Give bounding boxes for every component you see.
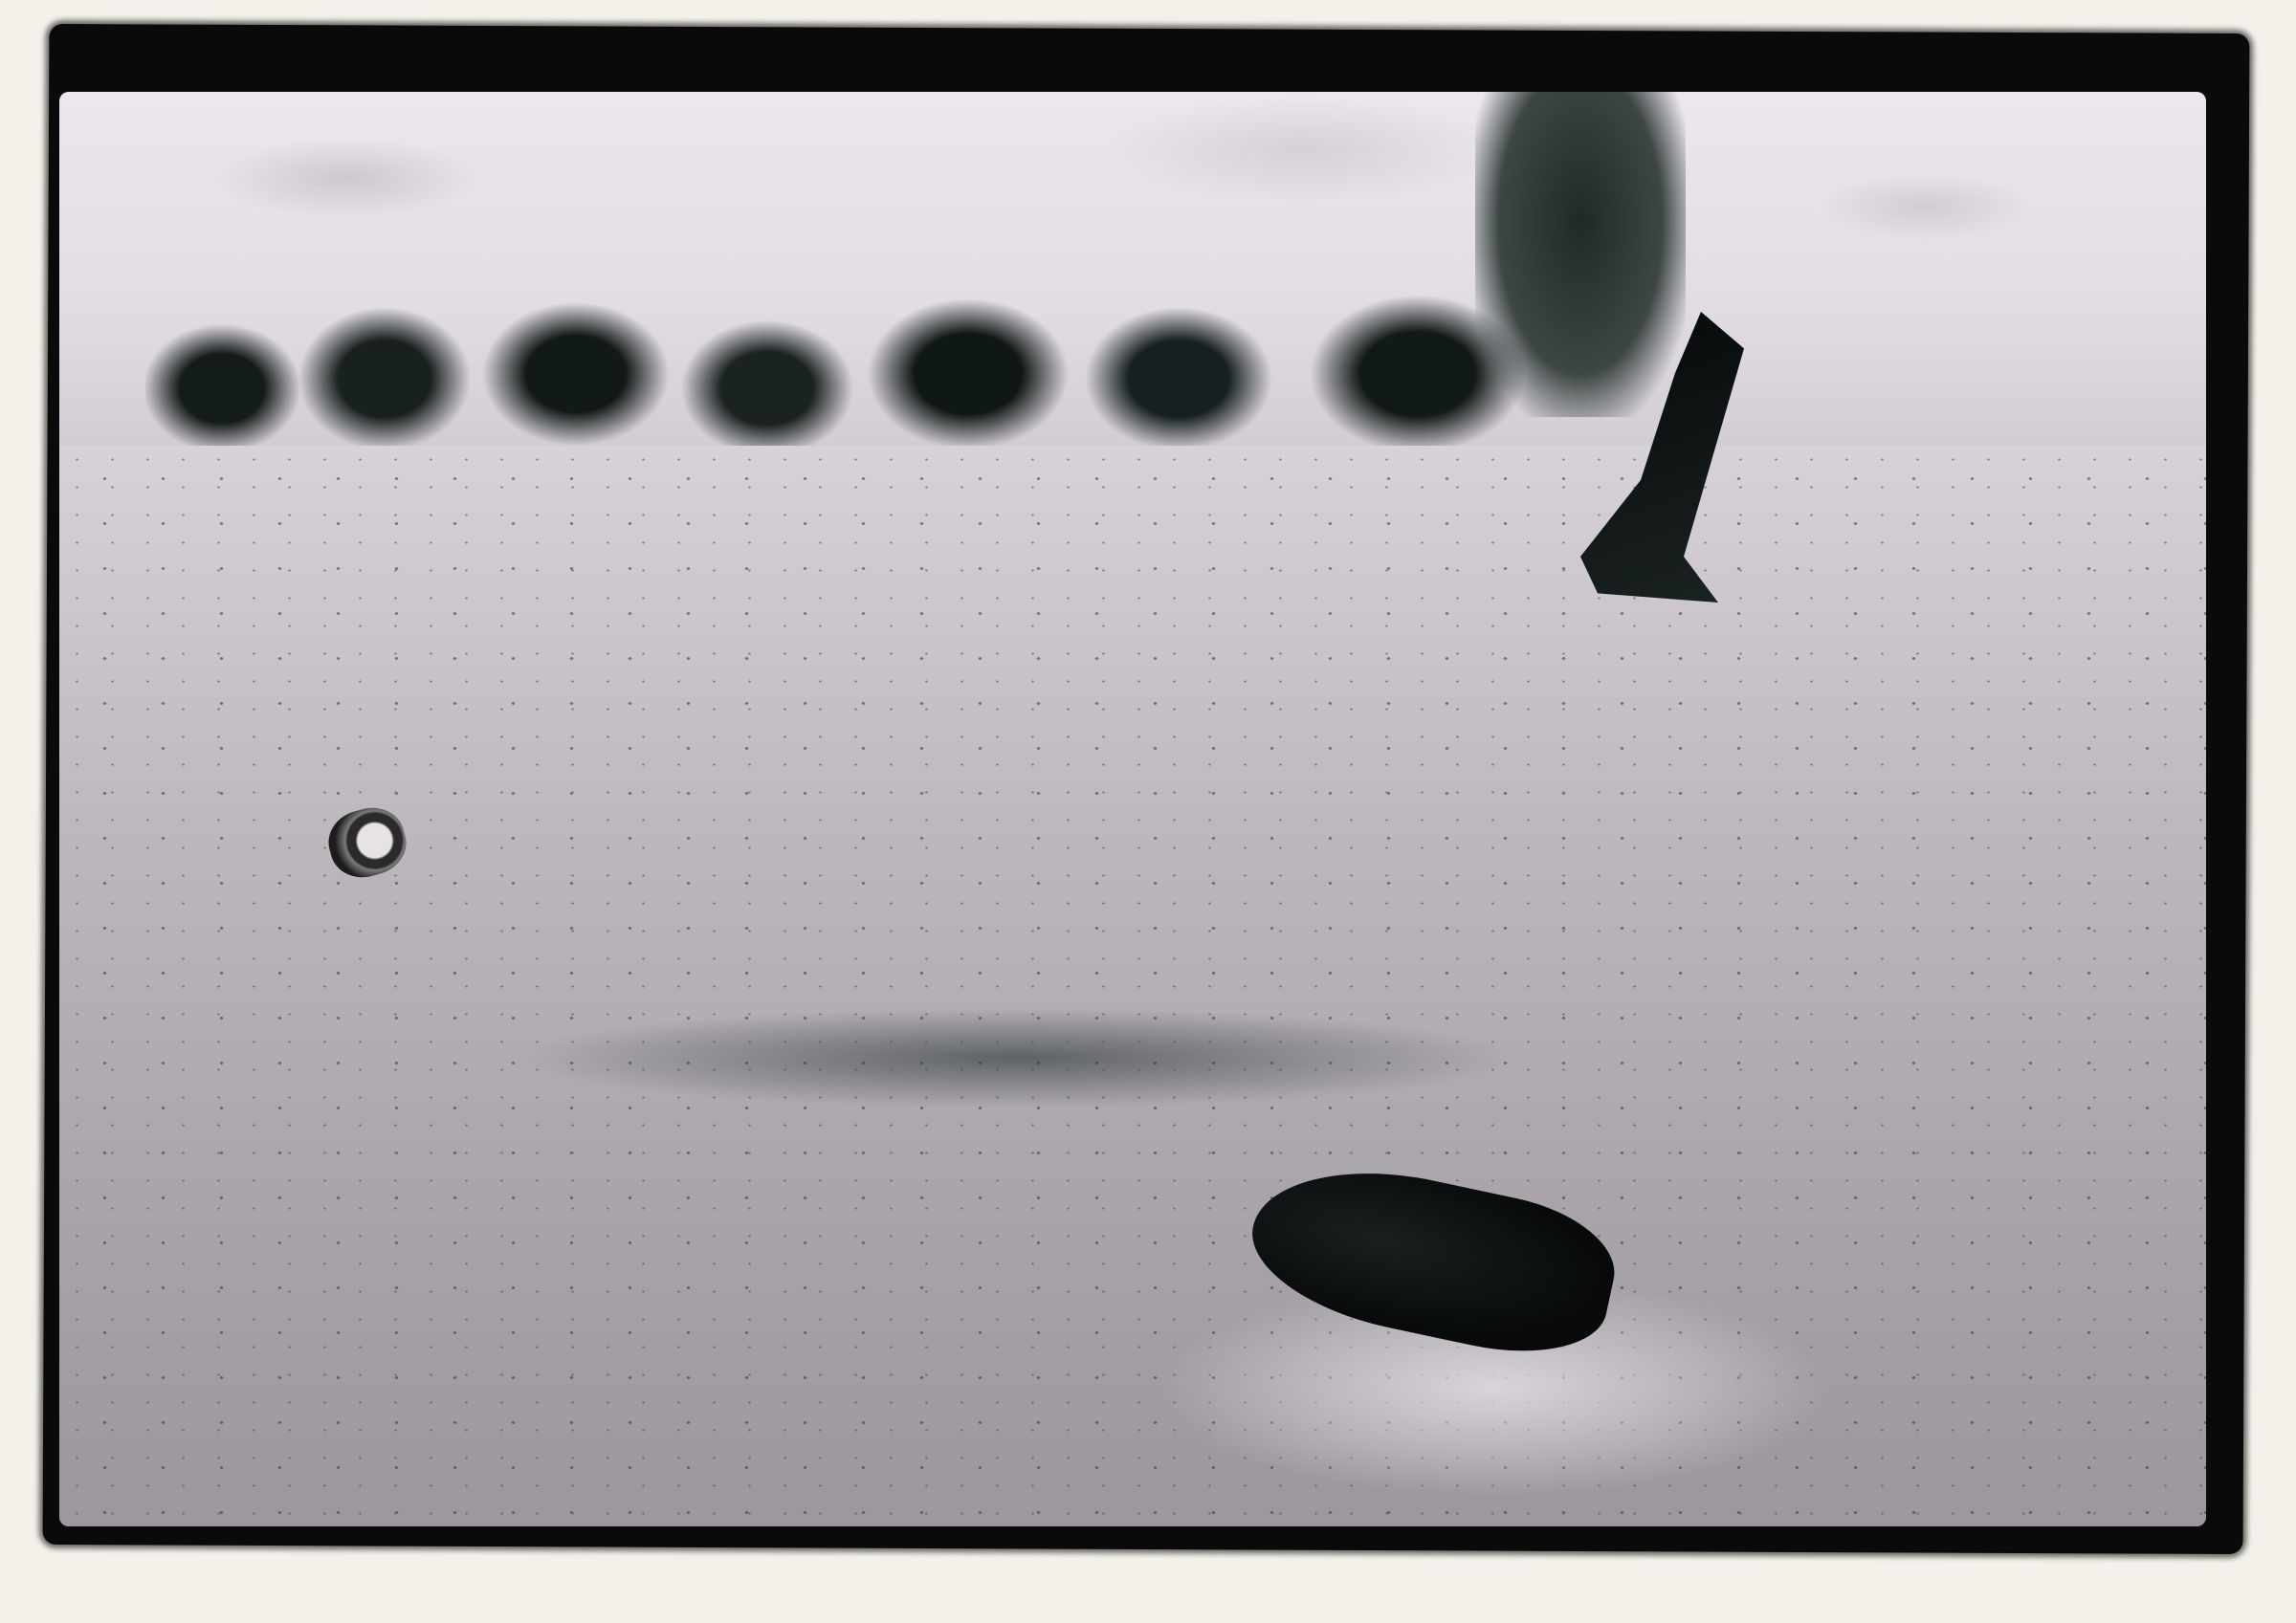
photograph (59, 92, 2206, 1526)
rubble-ground (59, 446, 2206, 1526)
weeds (145, 283, 1580, 455)
